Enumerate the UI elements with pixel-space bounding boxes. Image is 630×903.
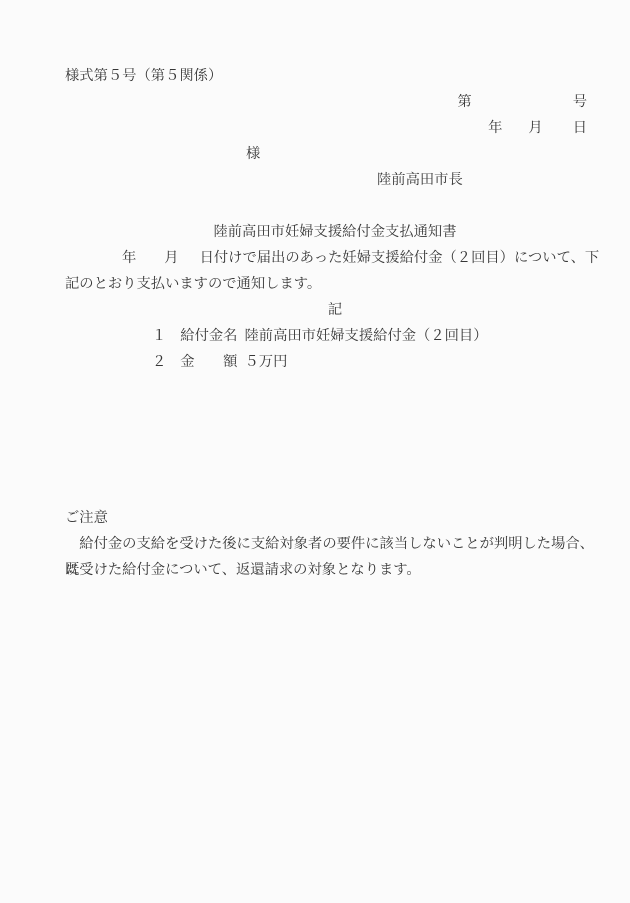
doc-number-blank-field: [472, 105, 573, 106]
body-month-label: 月: [164, 250, 178, 266]
doc-number-suffix: 号: [573, 94, 587, 110]
issue-date-year-label: 年: [488, 120, 502, 136]
sender-line: 陸前高田市長: [65, 167, 605, 193]
item-2-label: 金 額: [180, 354, 237, 370]
issue-date-month-label: 月: [528, 120, 542, 136]
issue-date-line: 年月日: [65, 115, 605, 141]
issue-date-day-blank-field: [543, 131, 573, 132]
addressee-line: 様: [65, 141, 605, 167]
body-line-2: 記のとおり支払いますので通知します。: [65, 271, 605, 297]
body-year-label: 年: [122, 250, 136, 266]
notice-heading: ご注意: [65, 505, 605, 531]
form-number-label: 様式第５号（第５関係）: [65, 63, 605, 89]
body-day-blank-field: [179, 261, 200, 262]
issue-date-day-label: 日: [573, 120, 587, 136]
doc-number-prefix: 第: [457, 94, 471, 110]
ki-marker: 記: [65, 297, 605, 323]
doc-number-line: 第号: [65, 89, 605, 115]
body-line-1-text: 日付けで届出のあった妊婦支援給付金（２回目）について、下: [200, 250, 600, 266]
document-page: 様式第５号（第５関係） 第号 年月日 様 陸前高田市長 陸前高田市妊婦支援給付金…: [0, 0, 630, 903]
document-title: 陸前高田市妊婦支援給付金支払通知書: [65, 219, 605, 245]
body-line-1: 年月日付けで届出のあった妊婦支援給付金（２回目）について、下: [65, 245, 605, 271]
item-row-amount: ２金 額５万円: [65, 349, 605, 375]
item-row-benefit-name: １給付金名陸前高田市妊婦支援給付金（２回目）: [65, 323, 605, 349]
item-1-number: １: [152, 328, 166, 344]
item-1-value: 陸前高田市妊婦支援給付金（２回目）: [244, 328, 487, 344]
body-month-blank-field: [136, 261, 164, 262]
item-2-value: ５万円: [244, 354, 287, 370]
notice-line-2: に受けた給付金について、返還請求の対象となります。: [65, 557, 605, 583]
item-2-number: ２: [152, 354, 166, 370]
item-1-label: 給付金名: [180, 328, 237, 344]
notice-line-1: 給付金の支給を受けた後に支給対象者の要件に該当しないことが判明した場合、既: [65, 531, 605, 557]
issue-date-month-blank-field: [502, 131, 528, 132]
